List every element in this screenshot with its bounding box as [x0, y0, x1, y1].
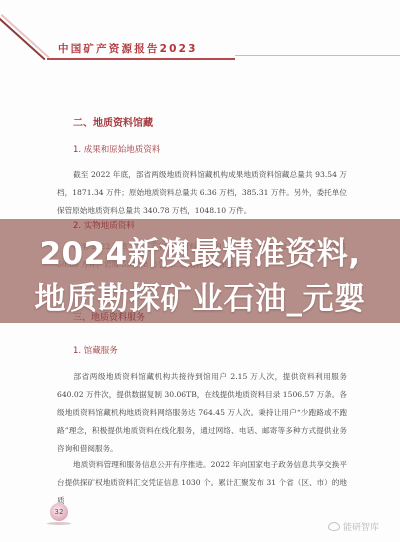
- subheading-collection-services: 1. 馆藏服务: [73, 344, 118, 356]
- watermark-text: 能研智库: [343, 520, 379, 533]
- paragraph-info-disclosure: 地质资料管理和服务信息公开有序推进。2022 年向国家电子政务信息共享交换平台提…: [57, 456, 347, 510]
- banner-headline-line1: 2024新澳最精准资料,: [0, 228, 400, 273]
- page-number-badge: 32: [50, 503, 68, 521]
- report-title: 中国矿产资源报告2023: [58, 41, 198, 56]
- paragraph-results-data: 截至 2022 年底，部省两级地质资料馆藏机构成果地质资料馆藏总量共 93.54…: [57, 166, 347, 220]
- document-page: 中国矿产资源报告2023 二、地质资料馆藏 1. 成果和原始地质资料 截至 20…: [0, 0, 400, 542]
- paragraph-collection-services: 部省两级地质资料馆藏机构共接待到馆用户 2.15 万人次，提供资料利用服务 64…: [57, 368, 347, 458]
- subheading-results-data: 1. 成果和原始地质资料: [73, 143, 160, 155]
- header-rule-light: [235, 55, 400, 56]
- paragraph-text: 部省两级地质资料馆藏机构共接待到馆用户 2.15 万人次，提供资料利用服务 64…: [57, 372, 347, 453]
- header-diagonal-line: [0, 16, 46, 60]
- section-heading-collections: 二、地质资料馆藏: [73, 114, 153, 129]
- paragraph-text: 地质资料管理和服务信息公开有序推进。2022 年向国家电子政务信息共享交换平台提…: [57, 460, 347, 505]
- source-watermark: 能研智库: [328, 520, 379, 533]
- header-diagonal-shadow: [1, 14, 50, 58]
- wechat-icon: [328, 522, 340, 531]
- banner-headline-line2: 地质勘探矿业石油_元婴: [0, 273, 400, 318]
- header-rule-red: [47, 58, 235, 60]
- page-badge-shadow: [47, 522, 71, 525]
- paragraph-text: 截至 2022 年底，部省两级地质资料馆藏机构成果地质资料馆藏总量共 93.54…: [57, 170, 347, 215]
